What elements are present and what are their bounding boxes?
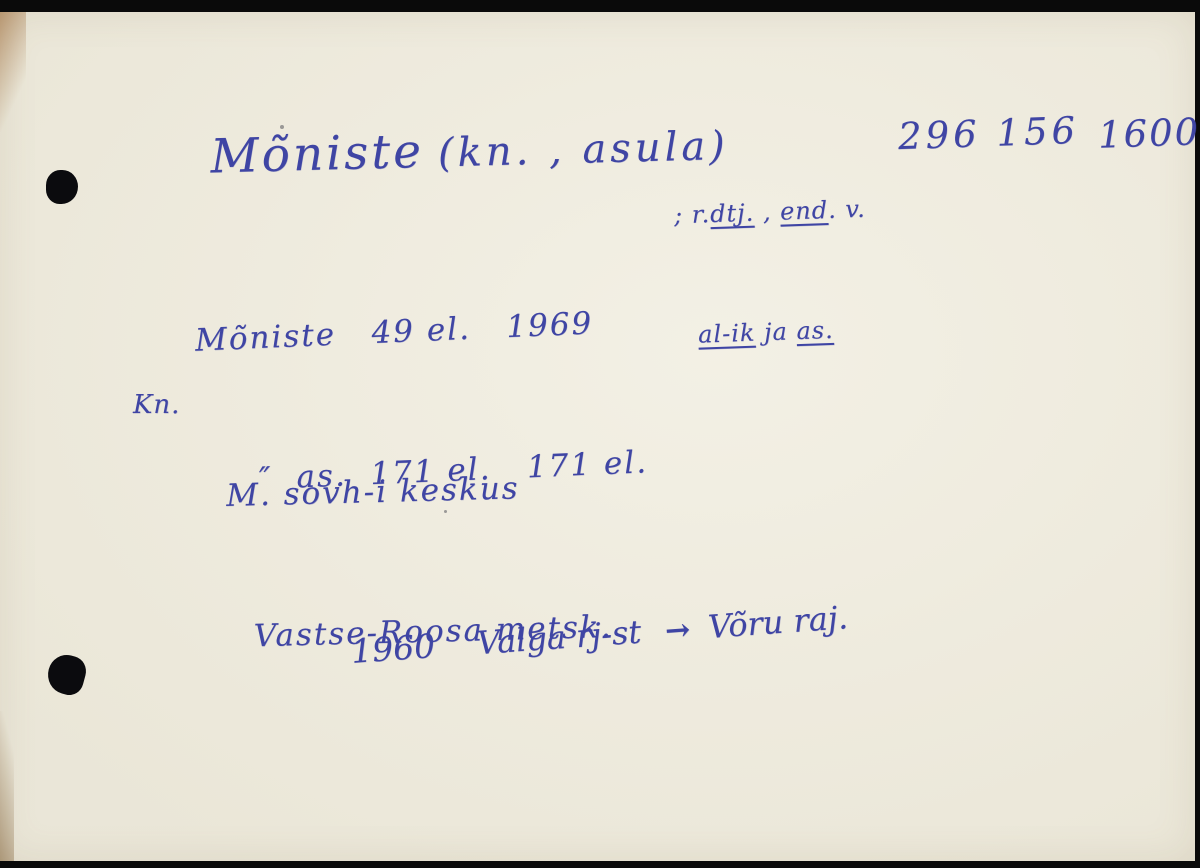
paper-speck [444, 510, 447, 513]
note-seg-underlined: as. [796, 316, 834, 345]
arrow-right-icon: → [664, 612, 692, 649]
transfer-to: Võru raj. [707, 598, 849, 646]
card-paper: Mõniste(kn. , asula) ; r.dtj. , end. v. … [0, 12, 1195, 861]
village-council-label: Kn. [133, 390, 180, 420]
railway-note-line2: al-ik ja as. [697, 309, 870, 355]
note-seg: , [754, 198, 781, 227]
card-number: 1600 [1097, 110, 1200, 157]
card-title: Mõniste(kn. , asula) [189, 97, 730, 204]
population-line-1969: Mõniste 49 el. 1969 [194, 298, 643, 364]
scan-edge-artifact-top-left [0, 12, 26, 132]
railway-note: ; r.dtj. , end. v. al-ik ja as. [670, 109, 873, 435]
note-seg-underlined: dtj. [710, 199, 755, 229]
hole-punch-top [46, 170, 78, 204]
note-seg-underlined: end [780, 196, 829, 226]
scan-edge-artifact-bottom-left [0, 711, 14, 861]
hole-punch-bottom [44, 651, 90, 698]
census-code: 296 156 [897, 109, 1079, 158]
sovkhoz-note: M. sovh-i keskus [226, 463, 610, 520]
card-title-place: Mõniste [210, 124, 425, 185]
note-seg-underlined: al-ik [698, 319, 756, 349]
paper-speck [280, 125, 284, 129]
transfer-from: Valga rj-st [476, 613, 643, 662]
railway-note-line1: ; r.dtj. , end. v. [673, 189, 866, 236]
note-seg: ja [755, 317, 797, 346]
note-seg: ; r. [673, 200, 710, 229]
note-seg: . v. [828, 195, 867, 224]
transfer-year: 1960 [350, 626, 437, 671]
